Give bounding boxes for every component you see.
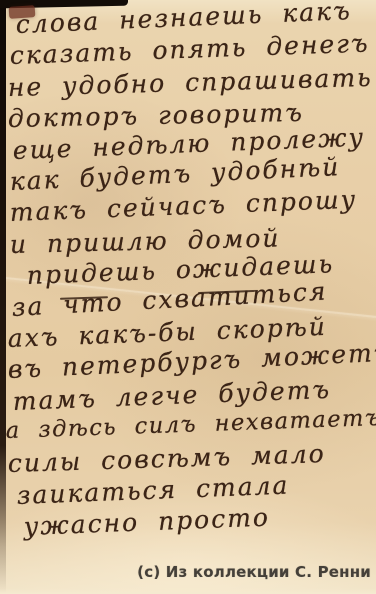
scanned-letter-page: слова незнаешь какъ сказать опять денегъ… — [0, 0, 376, 594]
corner-stain — [9, 5, 36, 19]
handwriting-block: слова незнаешь какъ сказать опять денегъ… — [0, 10, 376, 544]
scan-edge-left — [0, 0, 6, 594]
scan-edge-bottom — [0, 589, 376, 594]
collection-watermark: (с) Из коллекции С. Ренни — [137, 563, 371, 581]
